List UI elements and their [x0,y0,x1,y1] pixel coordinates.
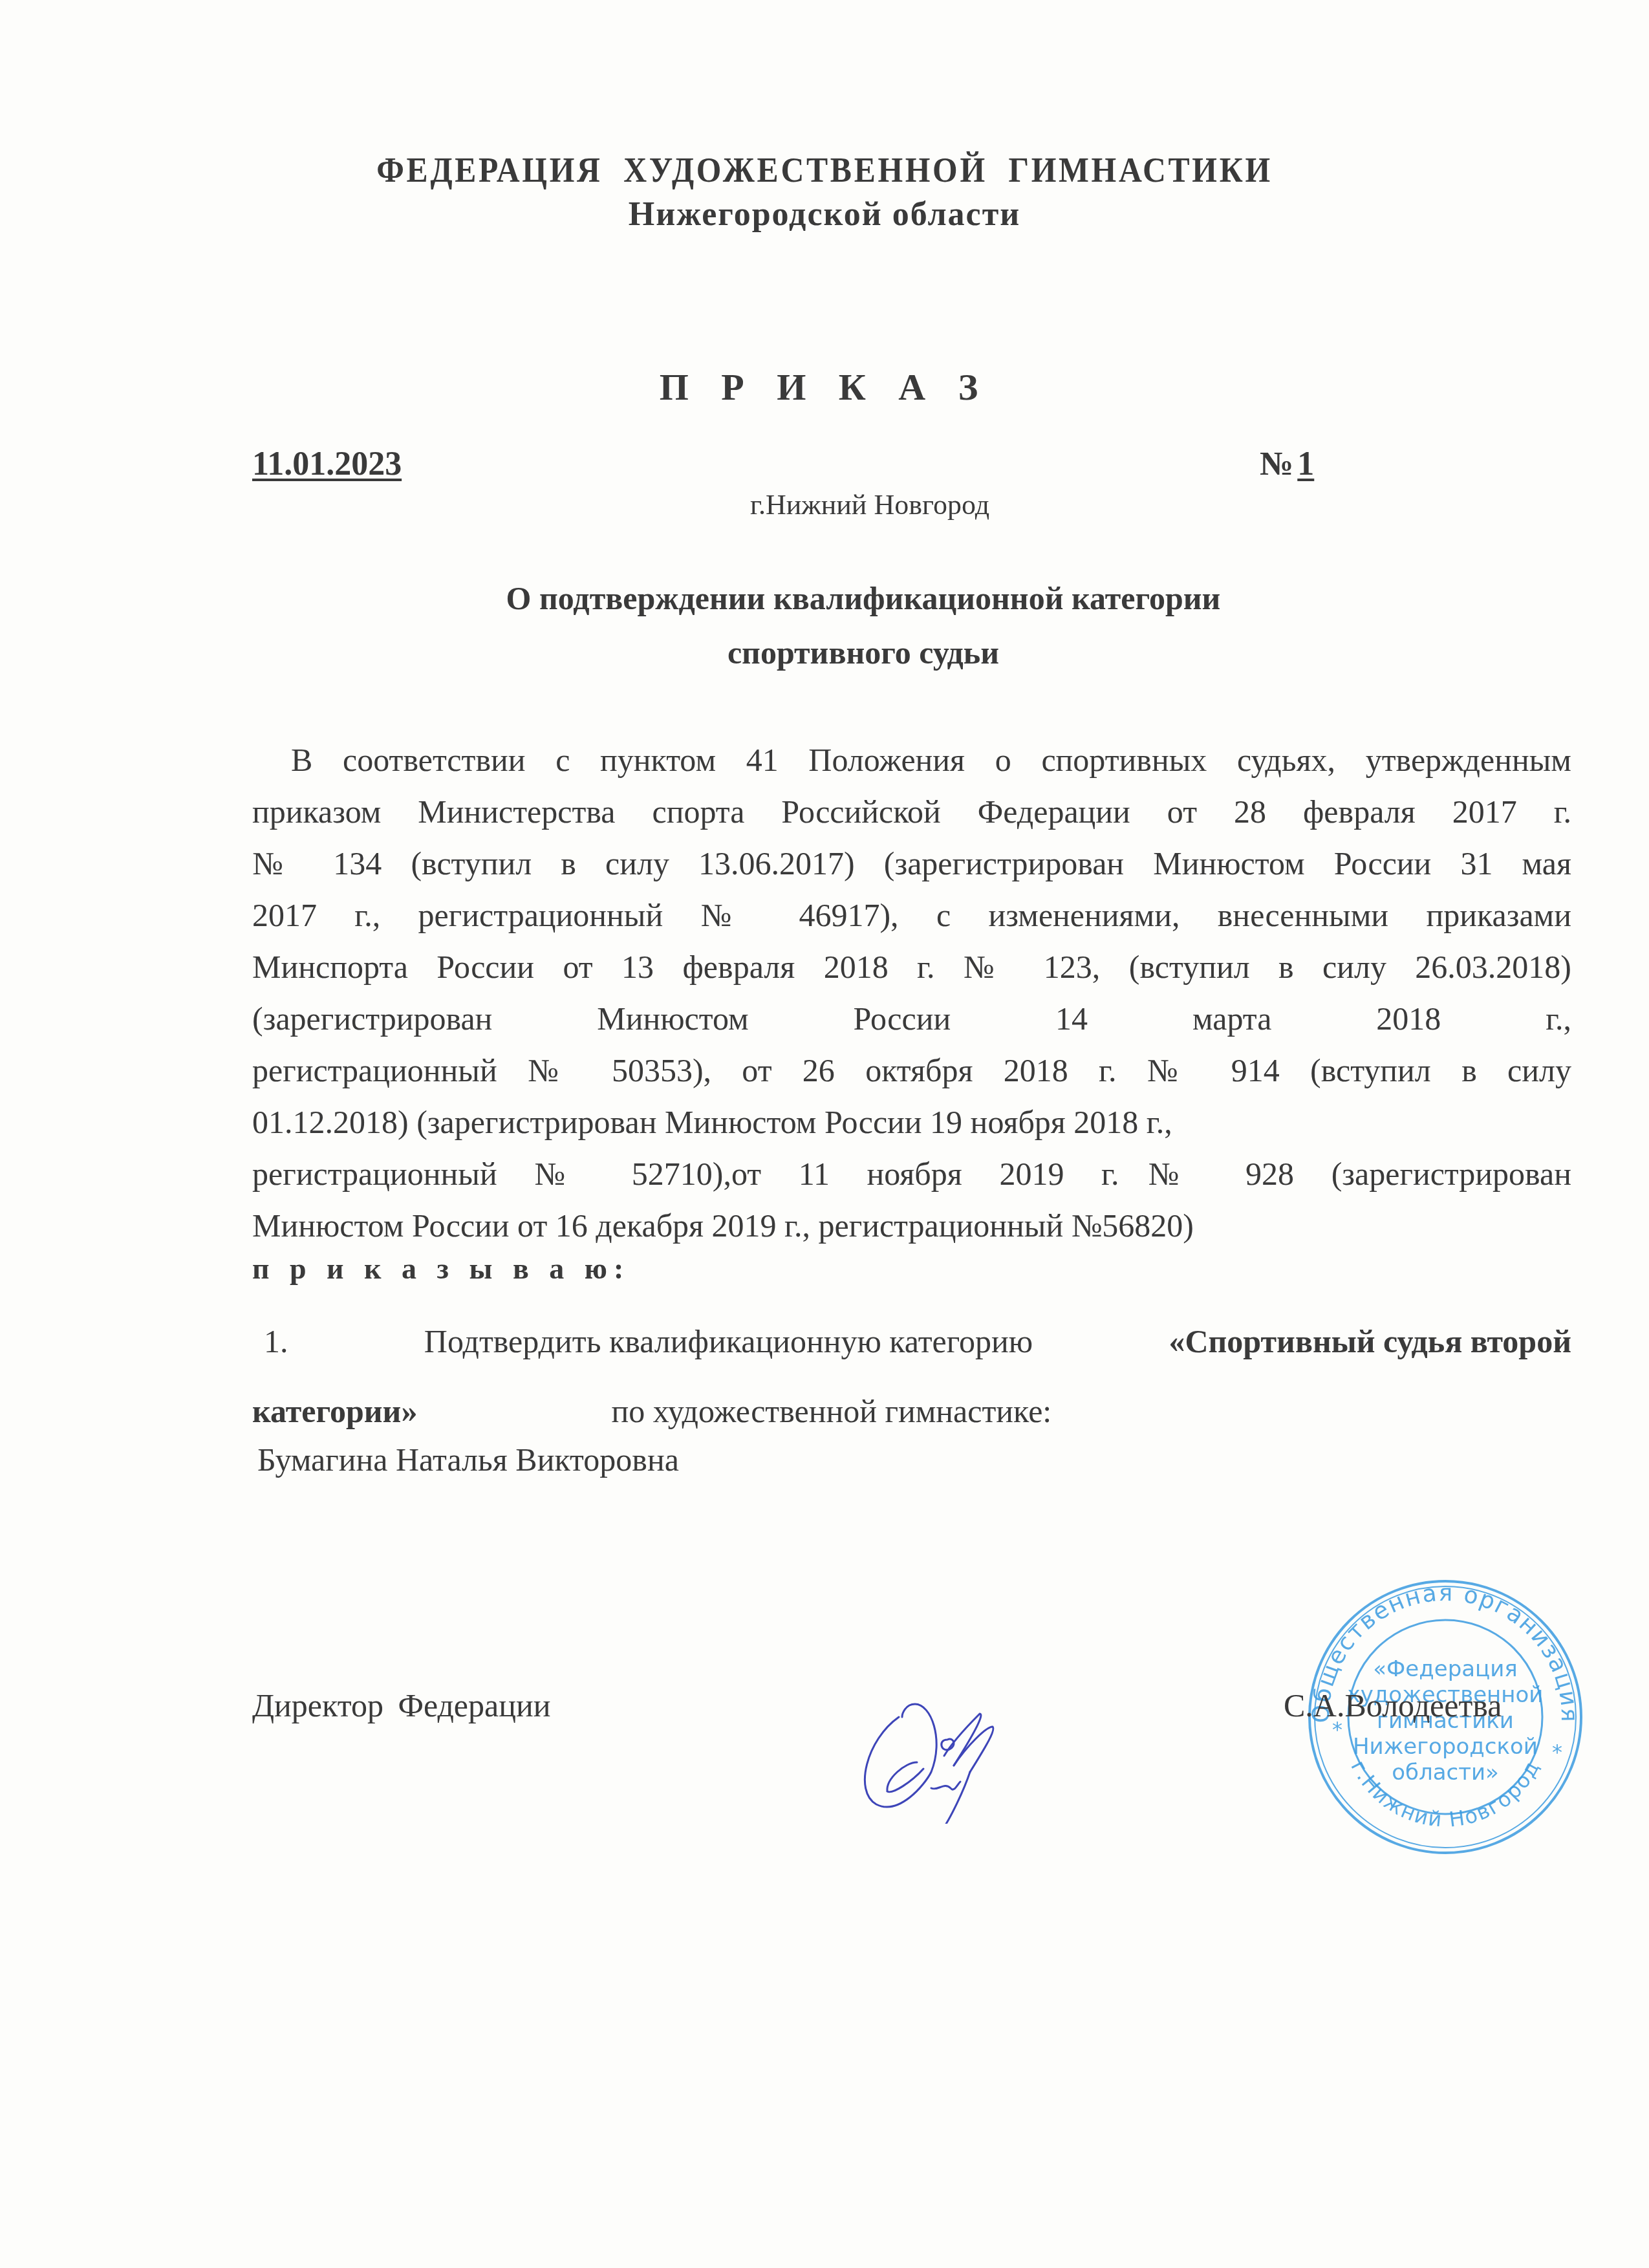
preamble-line: Минюстом России от 16 декабря 2019 г., р… [252,1200,1571,1251]
item-category-part2: категории» [252,1393,417,1429]
item-text-after: по художественной гимнастике: [611,1393,1051,1429]
handwritten-signature [841,1643,1048,1827]
preamble-line: 2017 г., регистрационный № 46917), с изм… [252,889,1571,941]
preamble-line: 01.12.2018) (зарегистрирован Минюстом Ро… [252,1096,1571,1148]
preamble-line: Минспорта России от 13 февраля 2018 г. №… [252,941,1571,993]
document-city: г.Нижний Новгород [0,488,1649,521]
signature-icon [841,1643,1048,1824]
preamble-line: № 134 (вступил в силу 13.06.2017) (зарег… [252,837,1571,889]
svg-text:области»: области» [1392,1760,1499,1786]
item-number: 1. [264,1306,288,1376]
director-name: С.А.Володеетва [1284,1687,1502,1724]
document-type-title: П Р И К А З [0,365,1649,409]
organization-name: ФЕДЕРАЦИЯ ХУДОЖЕСТВЕННОЙ ГИМНАСТИКИ [66,150,1583,190]
person-name: Бумагина Наталья Викторовна [257,1441,679,1478]
item-category-part1: «Спортивный судья второй [1169,1306,1571,1376]
subject-line-2: спортивного судьи [78,625,1649,680]
number-value: 1 [1297,446,1314,482]
preamble-line: регистрационный № 52710),от 11 ноября 20… [252,1148,1571,1200]
svg-text:*: * [1552,1740,1562,1764]
order-item-1: 1. Подтвердить квалификационную категори… [252,1306,1571,1446]
organization-region: Нижегородской области [0,195,1649,233]
order-keyword: п р и к а з ы в а ю: [252,1251,630,1286]
preamble-paragraph: В соответствии с пунктом 41 Положения о … [252,734,1571,1251]
document-number: №1 [1260,445,1314,483]
preamble-line: регистрационный № 50353), от 26 октября … [252,1044,1571,1096]
svg-text:Нижегородской: Нижегородской [1353,1734,1538,1760]
preamble-line: приказом Министерства спорта Российской … [252,786,1571,837]
document-date: 11.01.2023 [252,445,402,483]
item-text-before: Подтвердить квалификационную категорию [424,1306,1033,1376]
preamble-line: (зарегистрирован Минюстом России 14 март… [252,993,1571,1044]
director-title: Директор Федерации [252,1687,551,1724]
number-sign: № [1260,446,1293,482]
preamble-line: В соответствии с пунктом 41 Положения о … [252,734,1571,786]
svg-text:«Федерация: «Федерация [1373,1656,1518,1682]
document-subject: О подтверждении квалификационной категор… [0,571,1649,680]
subject-line-1: О подтверждении квалификационной категор… [78,571,1649,625]
